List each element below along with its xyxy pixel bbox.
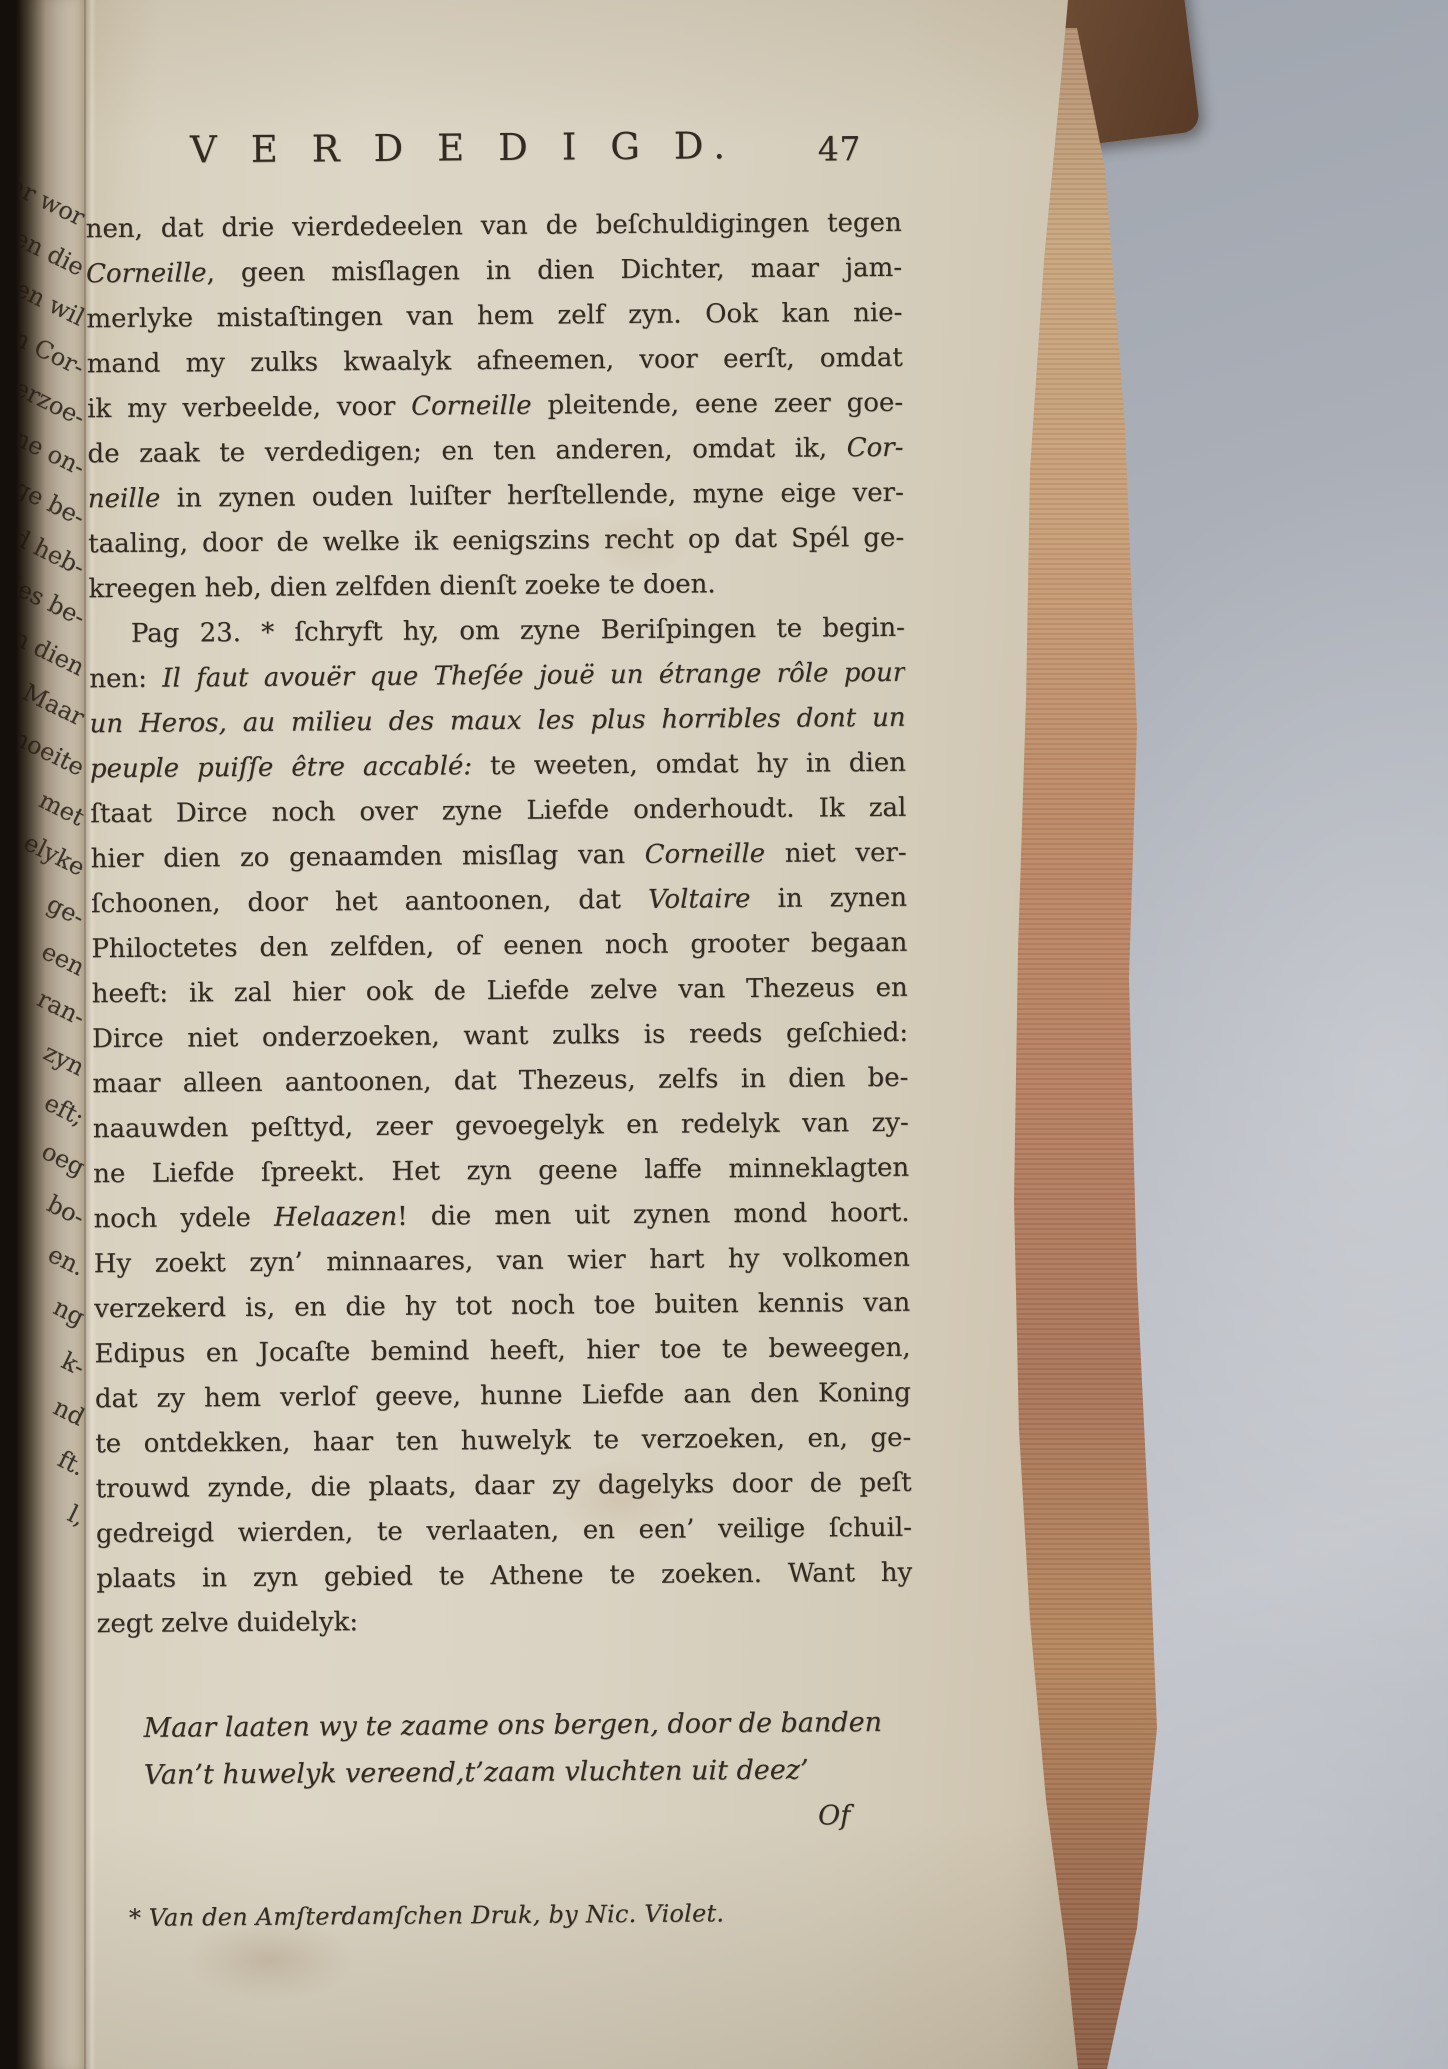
text-segment: te ontdekken, haar ten huwelyk te verzoe… — [95, 1423, 911, 1459]
text-line: Corneille, geen misſlagen in dien Dichte… — [86, 246, 902, 297]
text-segment: * — [129, 1904, 149, 1932]
text-line: te ontdekken, haar ten huwelyk te verzoe… — [95, 1416, 911, 1467]
text-line: peuple puiſſe être accablé: te weeten, o… — [90, 741, 906, 792]
book-photo: aar woren dieken wilan Cor-derzoe-ne on-… — [0, 0, 1448, 2069]
text-segment: merlyke mistaſtingen van hem zelf zyn. O… — [86, 298, 902, 334]
text-segment: Il faut avouër que Theſée jouë un étrang… — [162, 658, 905, 694]
text-segment: ! die men uit zynen mond hoort. — [397, 1198, 910, 1232]
text-line: verzekerd is, en die hy tot noch toe bui… — [94, 1281, 910, 1332]
text-segment: Corneille — [411, 391, 532, 422]
text-segment: nen, dat drie vierdedeelen van de beſchu… — [86, 208, 902, 244]
text-segment: Hy zoekt zyn’ minnaares, van wier hart h… — [94, 1243, 910, 1279]
text-line: Pag 23. * ſchryft hy, om zyne Beriſpinge… — [89, 606, 905, 657]
verse: Maar laaten wy te zaame ons bergen, door… — [97, 1699, 914, 1799]
text-segment: gedreigd wierden, te verlaaten, en een’ … — [96, 1513, 912, 1549]
paragraphs: nen, dat drie vierdedeelen van de beſchu… — [86, 201, 913, 1647]
text-segment: kreegen heb, dien zelfden dienſt zoeke t… — [88, 569, 715, 604]
text-segment: Philoctetes den zelfden, of eenen noch g… — [91, 928, 907, 964]
text-segment: neille — [88, 484, 161, 515]
text-line: noch ydele Helaazen! die men uit zynen m… — [93, 1191, 909, 1242]
text-line: ſtaat Dirce noch over zyne Liefde onderh… — [90, 786, 906, 837]
text-segment: te weeten, omdat hy in dien — [490, 748, 906, 781]
page-title: V E R D E D I G D. — [85, 115, 901, 172]
text-segment: nen: — [89, 664, 162, 695]
footnote-text: * Van den Amſterdamſchen Druk, by Nic. V… — [129, 1899, 724, 1932]
text-segment: heeft: ik zal hier ook de Liefde zelve v… — [92, 973, 908, 1009]
text-line: Edipus en Jocaſte bemind heeft, hier toe… — [94, 1326, 910, 1377]
text-segment: in zynen — [750, 883, 907, 914]
text-segment: niet ver- — [765, 838, 907, 869]
text-segment: ne Liefde ſpreekt. Het zyn geene laffe m… — [93, 1153, 909, 1189]
text-segment: in zynen ouden luiſter herſtellende, myn… — [160, 478, 904, 514]
text-segment: naauwden peſttyd, zeer gevoegelyk en red… — [93, 1108, 909, 1144]
text-line: Dirce niet onderzoeken, want zulks is re… — [92, 1011, 908, 1062]
text-line: naauwden peſttyd, zeer gevoegelyk en red… — [93, 1101, 909, 1152]
text-segment: de zaak te verdedigen; en ten anderen, o… — [87, 433, 846, 469]
catchword: Of — [98, 1793, 914, 1844]
text-segment: trouwd zynde, die plaats, daar zy dagely… — [96, 1468, 912, 1504]
paragraph: Pag 23. * ſchryft hy, om zyne Beriſpinge… — [89, 606, 913, 1647]
text-line: Hy zoekt zyn’ minnaares, van wier hart h… — [94, 1236, 910, 1287]
text-line: ſchoonen, door het aantoonen, dat Voltai… — [91, 876, 907, 927]
text-line: ik my verbeelde, voor Corneille pleitend… — [87, 381, 903, 432]
text-segment: Dirce niet onderzoeken, want zulks is re… — [92, 1018, 908, 1054]
text-segment: Edipus en Jocaſte bemind heeft, hier toe… — [94, 1333, 910, 1369]
text-line: plaats in zyn gebied te Athene te zoeken… — [96, 1551, 912, 1602]
text-line: nen, dat drie vierdedeelen van de beſchu… — [86, 201, 902, 252]
text-segment: taaling, door de welke ik eenigszins rec… — [88, 523, 904, 559]
text-segment: Pag 23. * ſchryft hy, om zyne Beriſpinge… — [131, 613, 905, 649]
text-segment: ſchoonen, door het aantoonen, dat — [91, 885, 648, 919]
verse-line: Van’t huwelyk vereend,t’zaam vluchten ui… — [98, 1746, 914, 1799]
text-line: nen: Il faut avouër que Theſée jouë un é… — [89, 651, 905, 702]
text-segment: verzekerd is, en die hy tot noch toe bui… — [94, 1288, 910, 1324]
verse-line: Maar laaten wy te zaame ons bergen, door… — [97, 1699, 913, 1752]
page-header: V E R D E D I G D. 47 — [85, 115, 901, 185]
text-segment: hier dien zo genaamden misſlag van — [91, 840, 645, 874]
text-segment: pleitende, eene zeer goe- — [532, 388, 904, 421]
text-line: dat zy hem verlof geeve, hunne Liefde aa… — [95, 1371, 911, 1422]
text-line: kreegen heb, dien zelfden dienſt zoeke t… — [88, 561, 904, 612]
text-segment: mand my zulks kwaalyk afneemen, voor eer… — [87, 343, 903, 379]
text-segment: un Heros, au milieu des maux les plus ho… — [89, 703, 905, 739]
text-segment: plaats in zyn gebied te Athene te zoeken… — [96, 1558, 912, 1594]
spine-shadow — [0, 0, 78, 2069]
text-segment: Voltaire — [648, 884, 751, 915]
text-line: Philoctetes den zelfden, of eenen noch g… — [91, 921, 907, 972]
text-line: merlyke mistaſtingen van hem zelf zyn. O… — [86, 291, 902, 342]
text-line: mand my zulks kwaalyk afneemen, voor eer… — [87, 336, 903, 387]
text-line: zegt zelve duidelyk: — [97, 1596, 913, 1647]
text-segment: ſtaat Dirce noch over zyne Liefde onderh… — [90, 793, 906, 829]
footnote: * Van den Amſterdamſchen Druk, by Nic. V… — [99, 1892, 915, 1938]
text-segment: Corneille — [645, 839, 766, 870]
text-line: neille in zynen ouden luiſter herſtellen… — [88, 471, 904, 522]
text-segment: dat zy hem verlof geeve, hunne Liefde aa… — [95, 1378, 911, 1414]
text-segment: Helaazen — [274, 1202, 397, 1233]
text-line: hier dien zo genaamden misſlag van Corne… — [91, 831, 907, 882]
text-line: ne Liefde ſpreekt. Het zyn geene laffe m… — [93, 1146, 909, 1197]
page-number: 47 — [818, 129, 862, 168]
text-line: de zaak te verdedigen; en ten anderen, o… — [87, 426, 903, 477]
text-segment: peuple puiſſe être accablé: — [90, 751, 490, 784]
text-line: un Heros, au milieu des maux les plus ho… — [89, 696, 905, 747]
text-segment: maar alleen aantoonen, dat Thezeus, zelf… — [92, 1063, 908, 1099]
text-line: heeft: ik zal hier ook de Liefde zelve v… — [92, 966, 908, 1017]
text-block: V E R D E D I G D. 47 nen, dat drie vier… — [85, 115, 915, 1938]
text-segment: ik my verbeelde, voor — [87, 392, 411, 425]
text-segment: Corneille — [86, 258, 207, 289]
text-segment: Cor- — [847, 433, 904, 463]
text-line: maar alleen aantoonen, dat Thezeus, zelf… — [92, 1056, 908, 1107]
text-segment: noch ydele — [93, 1203, 274, 1234]
text-segment: zegt zelve duidelyk: — [97, 1607, 359, 1639]
text-segment: , geen misſlagen in dien Dichter, maar j… — [206, 253, 902, 288]
text-line: taaling, door de welke ik eenigszins rec… — [88, 516, 904, 567]
text-segment: Van den Amſterdamſchen Druk, by Nic. Vio… — [149, 1899, 725, 1932]
text-line: trouwd zynde, die plaats, daar zy dagely… — [95, 1461, 911, 1512]
text-line: gedreigd wierden, te verlaaten, en een’ … — [96, 1506, 912, 1557]
paragraph: nen, dat drie vierdedeelen van de beſchu… — [86, 201, 905, 612]
